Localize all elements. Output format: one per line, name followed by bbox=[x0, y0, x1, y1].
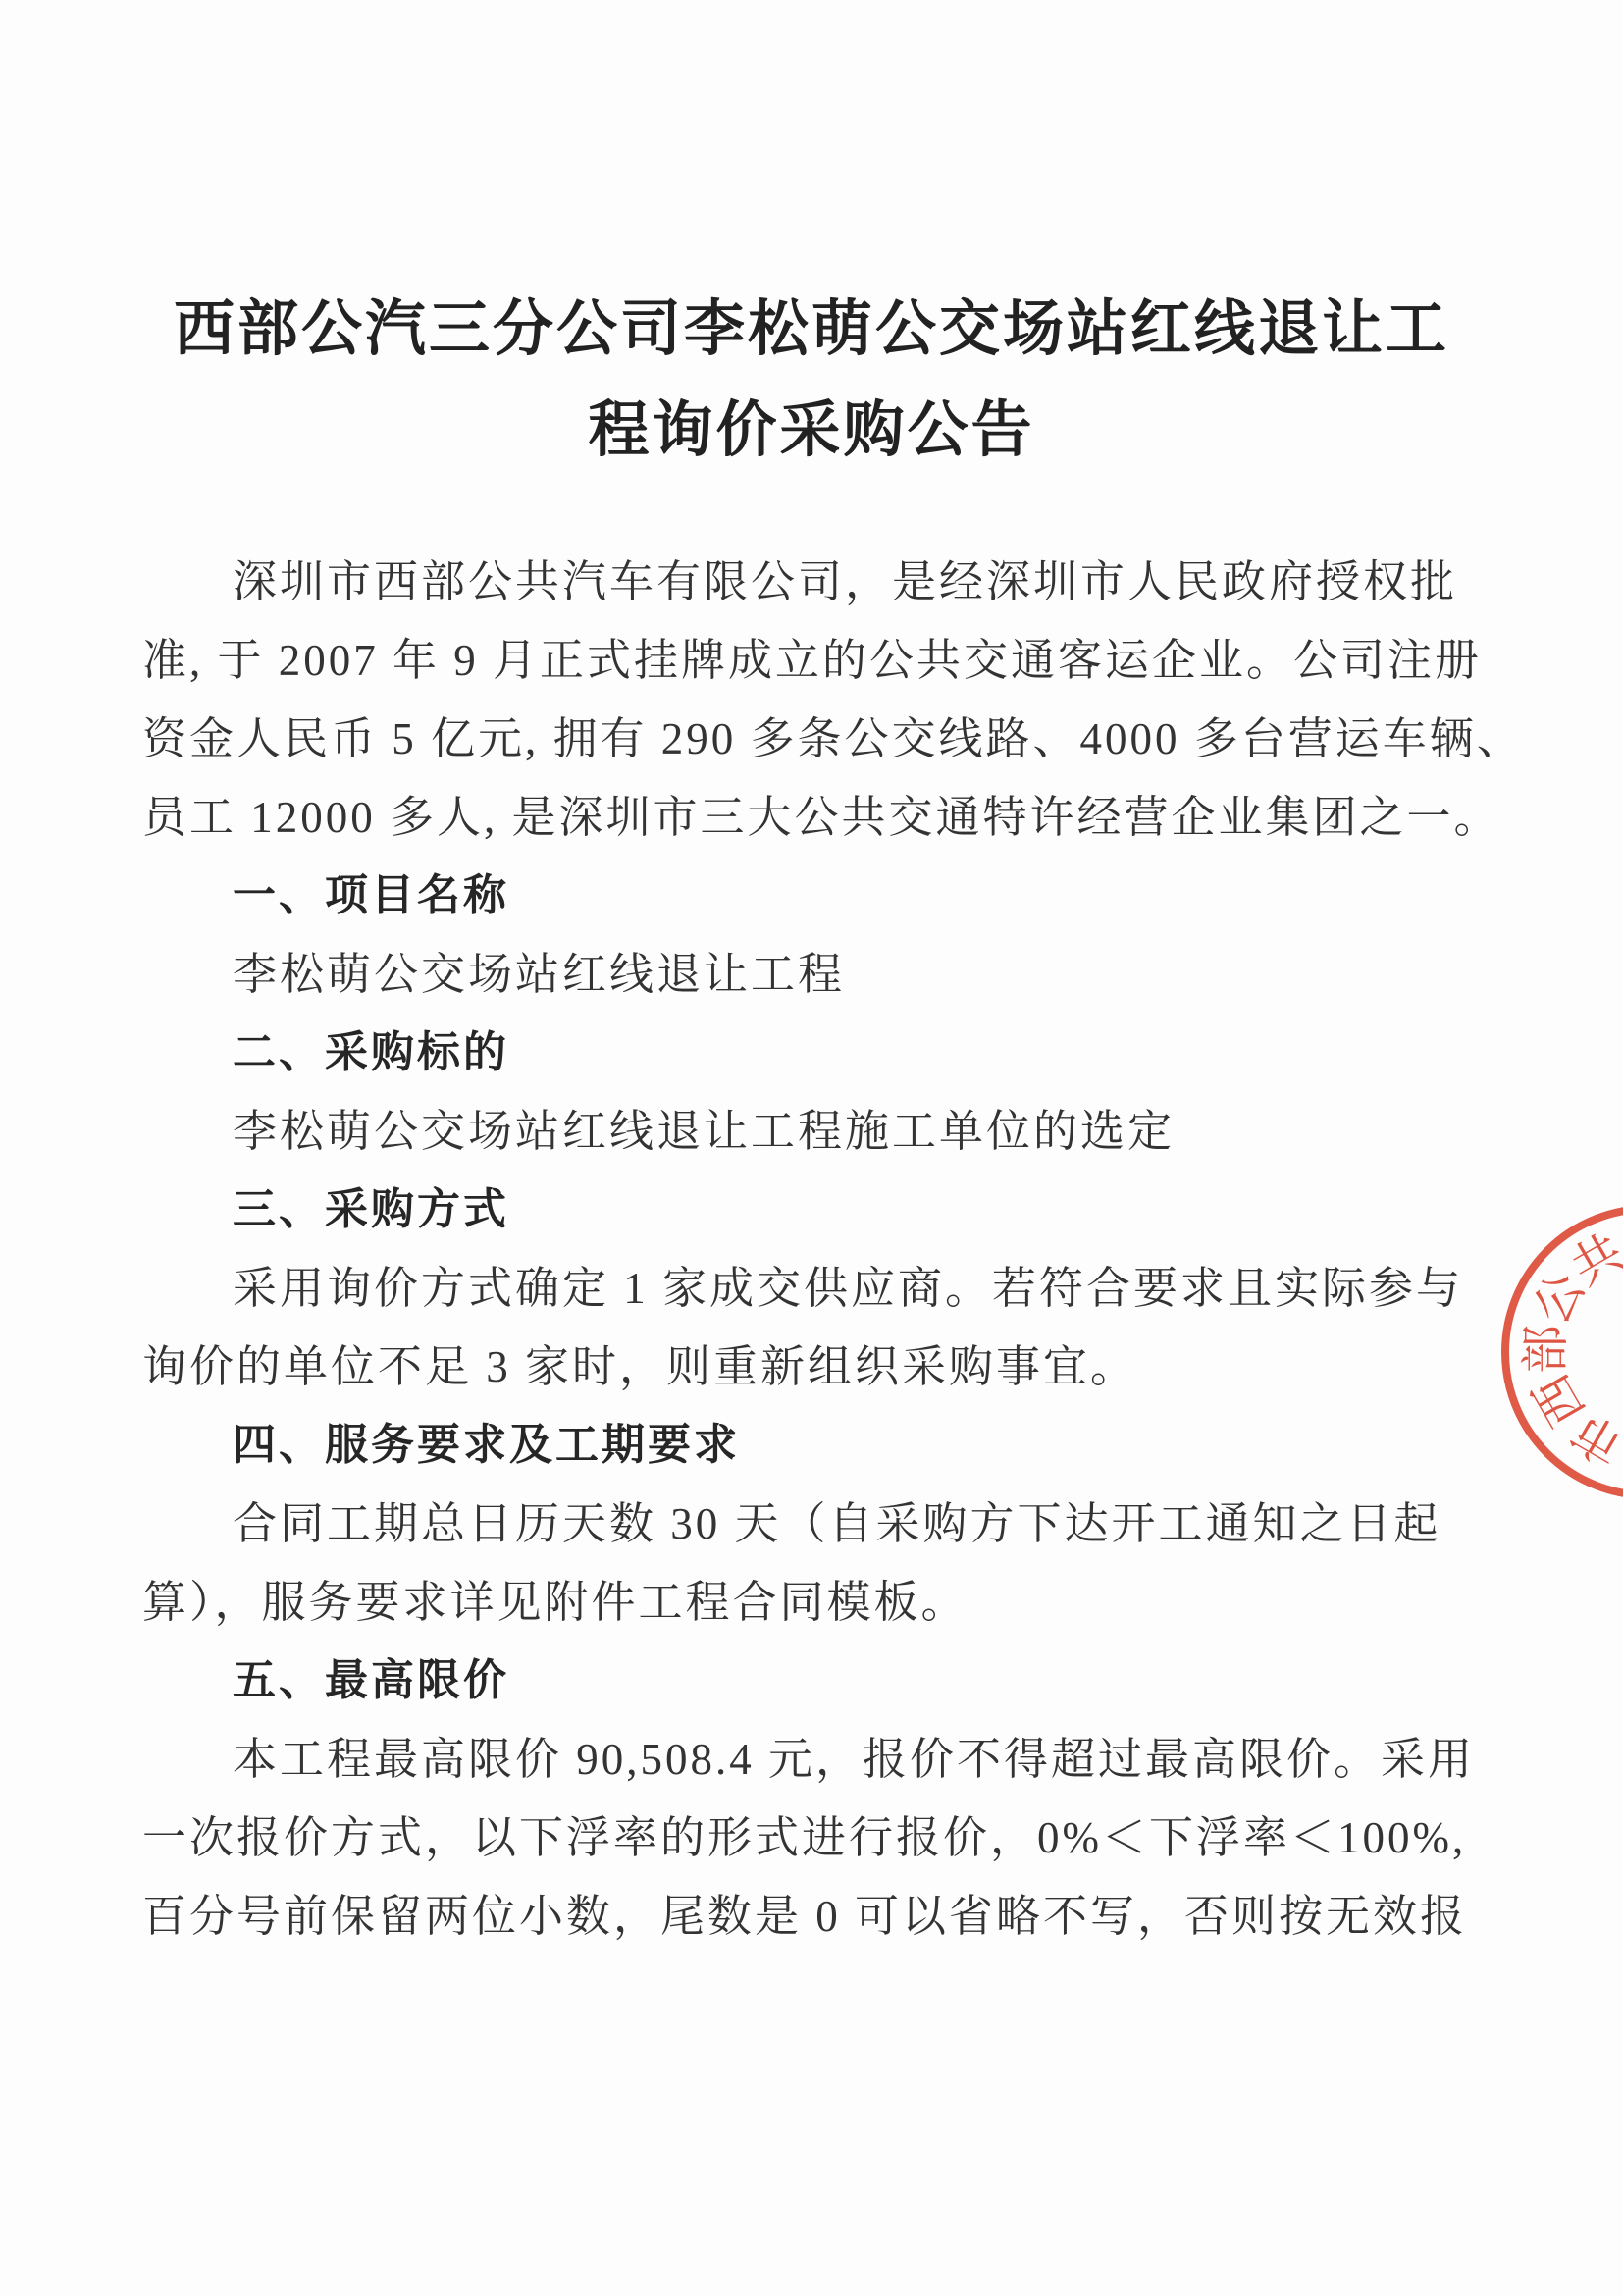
page-title-line2: 程询价采购公告 bbox=[0, 381, 1623, 482]
intro-line: 资金人民币 5 亿元, 拥有 290 多条公交线路、4000 多台营运车辆、 bbox=[142, 700, 1486, 778]
section-text: 百分号前保留两位小数，尾数是 0 可以省略不写，否则按无效报 bbox=[142, 1877, 1486, 1956]
document-body: 深圳市西部公共汽车有限公司，是经深圳市人民政府授权批 准, 于 2007 年 9… bbox=[0, 543, 1623, 1956]
intro-line: 准, 于 2007 年 9 月正式挂牌成立的公共交通客运企业。公司注册 bbox=[142, 621, 1486, 700]
section-text: 合同工期总日历天数 30 天（自采购方下达开工通知之日起 bbox=[142, 1485, 1486, 1563]
section-heading-procurement-method: 三、采购方式 bbox=[142, 1171, 1486, 1249]
section-heading-project-name: 一、项目名称 bbox=[142, 857, 1486, 935]
section-heading-procurement-subject: 二、采购标的 bbox=[142, 1014, 1486, 1092]
page-title-line1: 西部公汽三分公司李松萌公交场站红线退让工 bbox=[0, 280, 1623, 381]
section-text: 李松萌公交场站红线退让工程施工单位的选定 bbox=[142, 1092, 1486, 1171]
section-text: 算），服务要求详见附件工程合同模板。 bbox=[142, 1563, 1486, 1642]
page-title: 西部公汽三分公司李松萌公交场站红线退让工 程询价采购公告 bbox=[0, 0, 1623, 482]
section-text: 本工程最高限价 90,508.4 元，报价不得超过最高限价。采用 bbox=[142, 1720, 1486, 1799]
section-heading-service-schedule-requirements: 四、服务要求及工期要求 bbox=[142, 1406, 1486, 1485]
intro-line: 员工 12000 多人, 是深圳市三大公共交通特许经营企业集团之一。 bbox=[142, 778, 1486, 857]
section-text: 一次报价方式，以下浮率的形式进行报价，0%＜下浮率＜100%, bbox=[142, 1799, 1486, 1877]
intro-line: 深圳市西部公共汽车有限公司，是经深圳市人民政府授权批 bbox=[142, 543, 1486, 621]
section-heading-maximum-price: 五、最高限价 bbox=[142, 1642, 1486, 1720]
document-page: 西部公汽三分公司李松萌公交场站红线退让工 程询价采购公告 深圳市西部公共汽车有限… bbox=[0, 0, 1623, 2296]
section-text: 李松萌公交场站红线退让工程 bbox=[142, 935, 1486, 1014]
section-text: 采用询价方式确定 1 家成交供应商。若符合要求且实际参与 bbox=[142, 1249, 1486, 1328]
section-text: 询价的单位不足 3 家时，则重新组织采购事宜。 bbox=[142, 1328, 1486, 1406]
